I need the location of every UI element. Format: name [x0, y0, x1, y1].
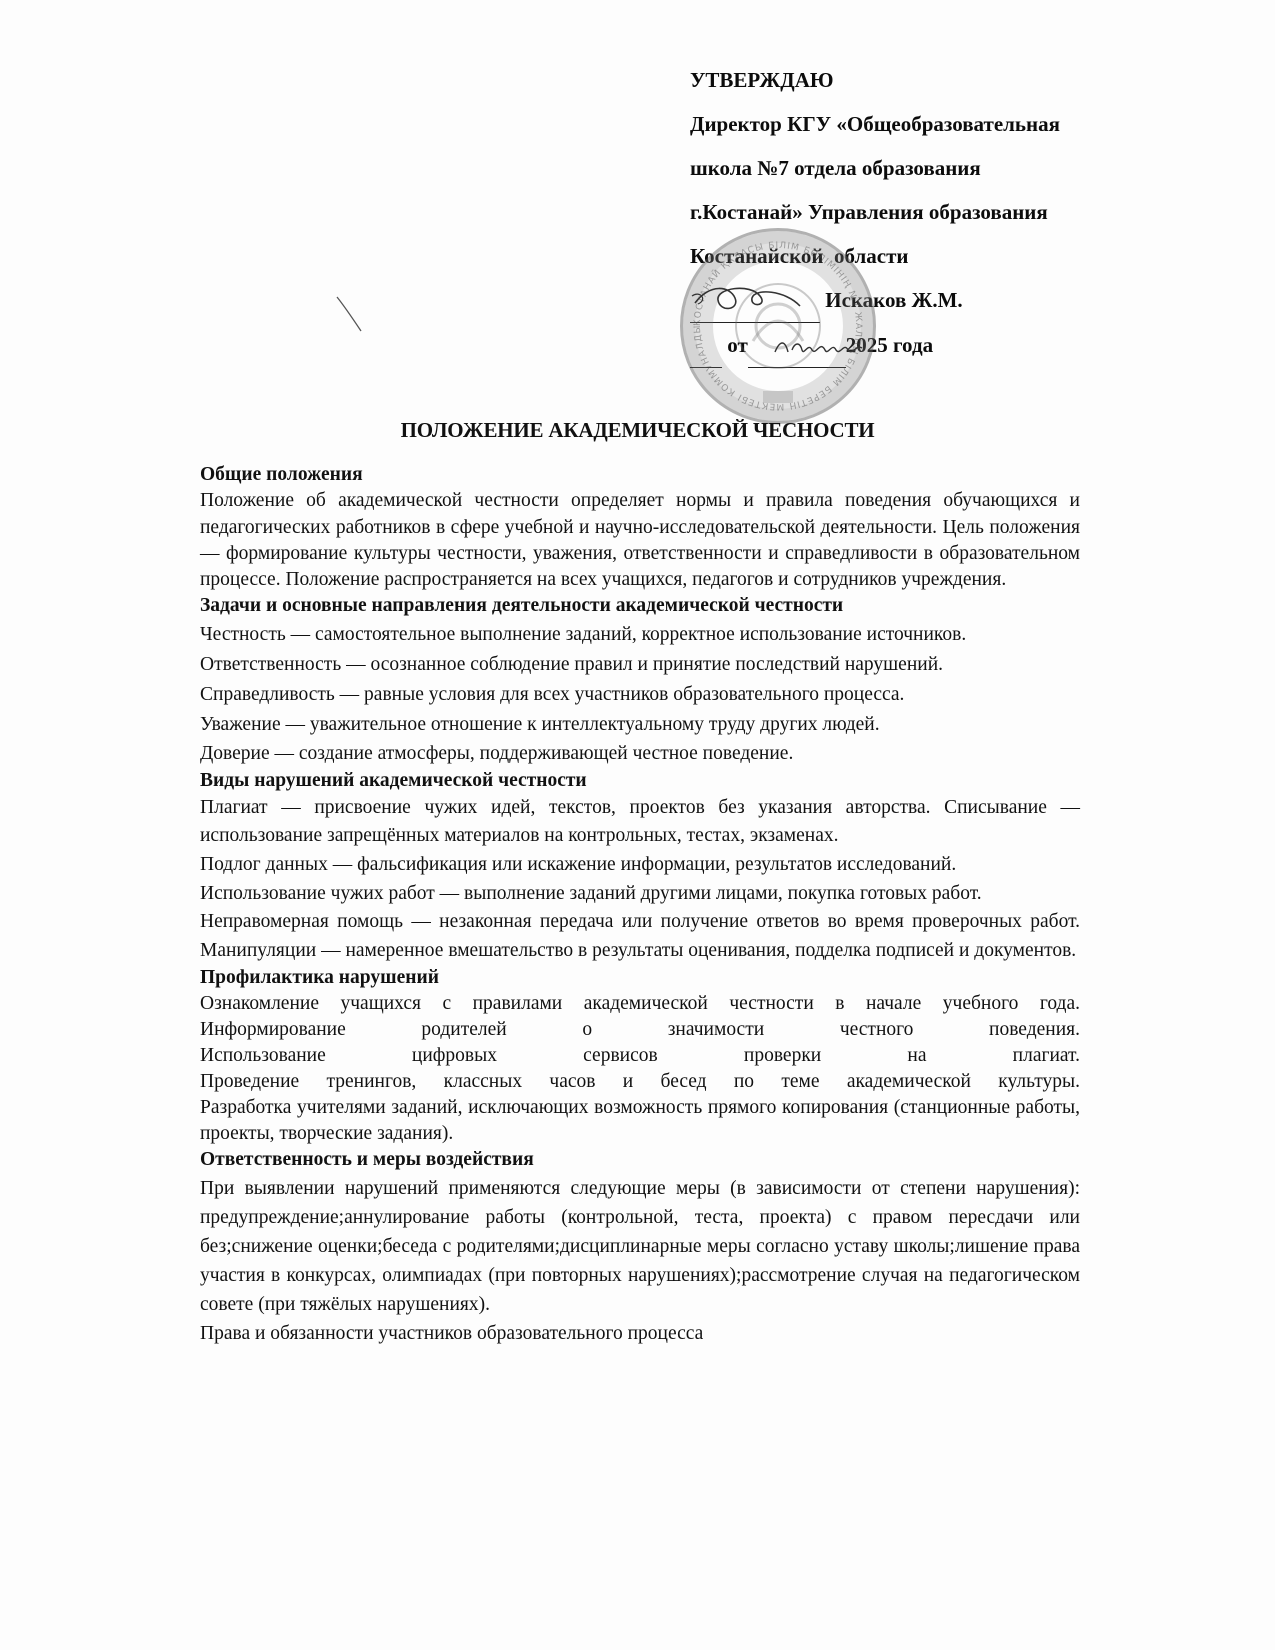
list-item: Разработка учителями заданий, исключающи… — [200, 1095, 1080, 1147]
signatory-line: Искаков Ж.М. — [690, 278, 1150, 323]
list-item: Доверие — создание атмосферы, поддержива… — [200, 740, 1080, 768]
list-item: Ознакомление учащихся с правилами академ… — [200, 991, 1080, 1017]
list-item: Ответственность — осознанное соблюдение … — [200, 650, 1080, 680]
section-heading-rights: Права и обязанности участников образоват… — [200, 1319, 1080, 1348]
approval-line-1: Директор КГУ «Общеобразовательная — [690, 102, 1150, 146]
section-heading-prevention: Профилактика нарушений — [200, 965, 1080, 991]
section-paragraph: Положение об академической честности опр… — [200, 488, 1080, 593]
list-item: Неправомерная помощь — незаконная переда… — [200, 908, 1080, 936]
approval-heading: УТВЕРЖДАЮ — [690, 58, 1150, 102]
section-heading-general: Общие положения — [200, 462, 1080, 488]
list-item: Плагиат — присвоение чужих идей, текстов… — [200, 794, 1080, 850]
date-suffix: 2025 года — [846, 333, 933, 357]
day-blank — [690, 323, 722, 368]
section-heading-tasks: Задачи и основные направления деятельнос… — [200, 593, 1080, 619]
approval-block: УТВЕРЖДАЮ Директор КГУ «Общеобразователь… — [690, 58, 1150, 368]
signature-blank — [690, 278, 820, 323]
list-item: Честность — самостоятельное выполнение з… — [200, 620, 1080, 650]
approval-line-2: школа №7 отдела образования — [690, 146, 1150, 190]
list-item: Проведение тренингов, классных часов и б… — [200, 1069, 1080, 1095]
date-line: от 2025 года — [690, 323, 1150, 368]
approval-line-3: г.Костанай» Управления образования — [690, 190, 1150, 234]
list-item: Справедливость — равные условия для всех… — [200, 680, 1080, 710]
stray-pen-mark-icon — [335, 295, 365, 335]
date-prefix: от — [727, 333, 748, 357]
document-title: ПОЛОЖЕНИЕ АКАДЕМИЧЕСКОЙ ЧЕСНОСТИ — [0, 418, 1275, 443]
list-item: Использование цифровых сервисов проверки… — [200, 1043, 1080, 1069]
list-item: Подлог данных — фальсификация или искаже… — [200, 850, 1080, 880]
section-paragraph: При выявлении нарушений применяются след… — [200, 1174, 1080, 1319]
list-item: Уважение — уважительное отношение к инте… — [200, 710, 1080, 740]
signatory-name: Искаков Ж.М. — [825, 288, 962, 312]
section-heading-violations: Виды нарушений академической честности — [200, 768, 1080, 794]
document-body: Общие положения Положение об академическ… — [200, 462, 1080, 1348]
section-heading-responsibility: Ответственность и меры воздействия — [200, 1147, 1080, 1173]
approval-line-4: Костанайской области — [690, 234, 1150, 278]
month-blank — [748, 323, 846, 368]
list-item: Информирование родителей о значимости че… — [200, 1017, 1080, 1043]
list-item: Манипуляции — намеренное вмешательство в… — [200, 936, 1080, 965]
list-item: Использование чужих работ — выполнение з… — [200, 880, 1080, 908]
